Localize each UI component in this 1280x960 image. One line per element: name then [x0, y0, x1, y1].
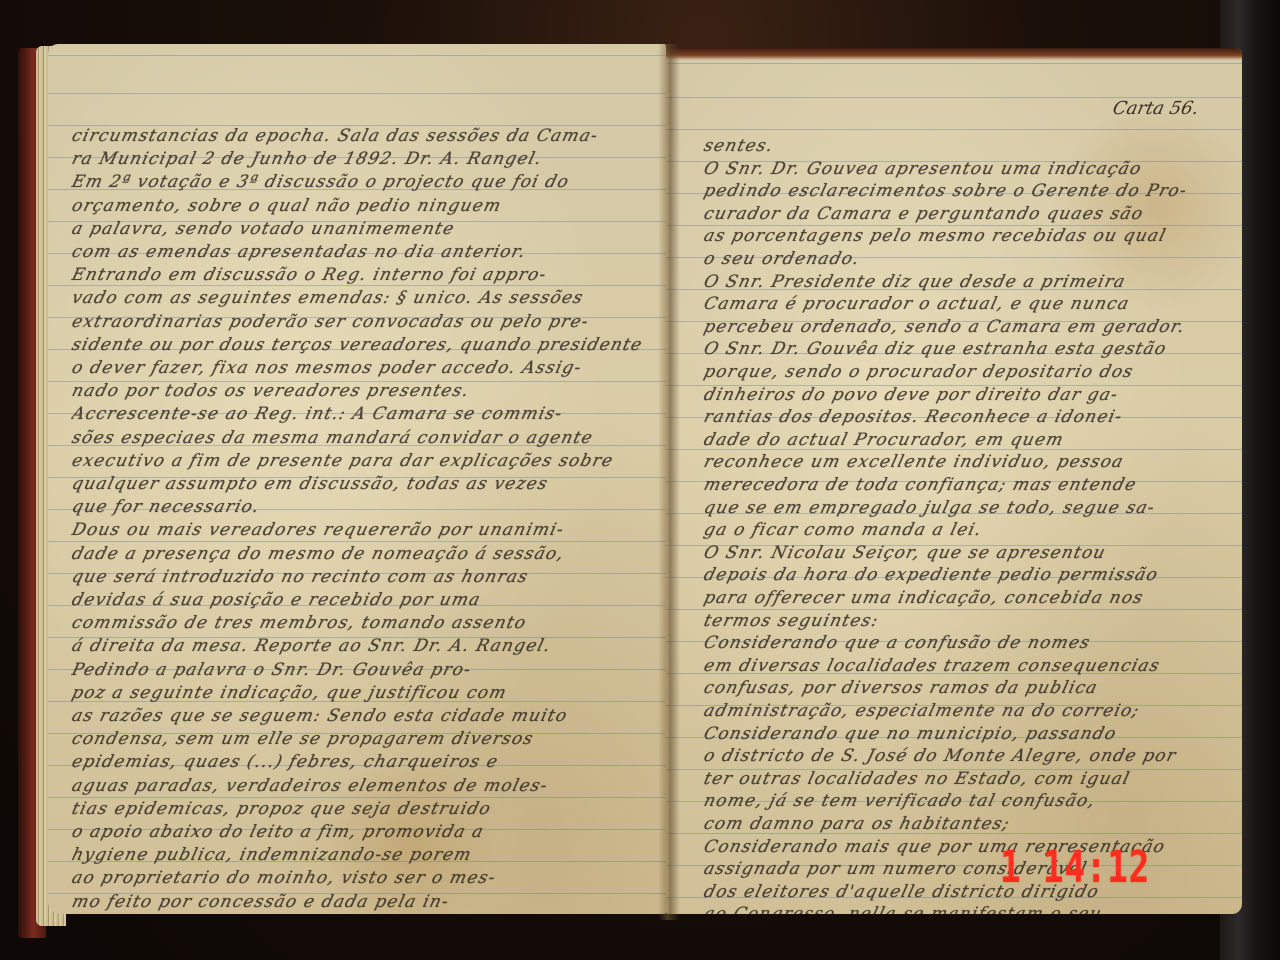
handwritten-line: o dever fazer, fixa nos mesmos poder acc… — [69, 358, 584, 380]
handwritten-line: dade a presença do mesmo de nomeação á s… — [69, 544, 566, 566]
right-page: Carta 56. sentes.O Snr. Dr. Gouvea apres… — [666, 48, 1242, 914]
handwritten-line: curador da Camara e perguntando quaes sã… — [701, 204, 1146, 226]
handwritten-line: rantias dos depositos. Reconhece a idone… — [701, 407, 1125, 429]
handwritten-line: vado com as seguintes emendas: § unico. … — [69, 288, 586, 310]
handwritten-line: ra Municipal 2 de Junho de 1892. Dr. A. … — [69, 149, 544, 171]
handwritten-line: Em 2ª votação e 3ª discussão o projecto … — [69, 172, 571, 194]
handwritten-line: tias epidemicas, propoz que seja destrui… — [69, 799, 493, 821]
handwritten-line: sões especiaes da mesma mandará convidar… — [69, 428, 595, 450]
handwritten-line: commissão de tres membros, tomando assen… — [69, 613, 529, 635]
handwritten-line: ter outras localidades no Estado, com ig… — [701, 769, 1132, 791]
handwritten-line: O Snr. Dr. Gouvêa diz que estranha esta … — [701, 339, 1169, 361]
handwritten-line: depois da hora do expediente pedio permi… — [701, 565, 1160, 587]
handwritten-line: extraordinarias poderão ser convocadas o… — [69, 312, 591, 334]
handwritten-line: executivo a fim de presente para dar exp… — [69, 451, 615, 473]
handwritten-line: o districto de S. José do Monte Alegre, … — [701, 746, 1178, 768]
handwritten-line: mo feito por concessão e dada pela in- — [69, 892, 451, 914]
handwritten-line: que for necessario. — [69, 497, 262, 519]
handwritten-line: á direita da mesa. Reporte ao Snr. Dr. A… — [69, 636, 553, 658]
handwritten-line: O Snr. Dr. Gouvea apresentou uma indicaç… — [701, 159, 1144, 181]
handwritten-line: sidente ou por dous terços vereadores, q… — [69, 335, 645, 357]
handwritten-line: condensa, sem um elle se propagarem dive… — [69, 729, 536, 751]
handwritten-line: reconhece um excellente individuo, pesso… — [701, 452, 1126, 474]
left-page: circumstancias da epocha. Sala das sessõ… — [48, 44, 666, 914]
book-gutter — [658, 44, 680, 920]
handwritten-line: devidas á sua posição e recebido por uma — [69, 590, 483, 612]
handwritten-line: sentes. — [701, 136, 776, 158]
handwritten-line: em diversas localidades trazem consequen… — [701, 656, 1162, 678]
handwritten-line: circumstancias da epocha. Sala das sessõ… — [69, 126, 600, 148]
handwritten-line: que será introduzido no recinto com as h… — [69, 567, 530, 589]
handwritten-line: ao proprietario do moinho, visto ser o m… — [69, 868, 498, 890]
handwritten-line: epidemias, quaes (...) febres, charqueir… — [69, 752, 500, 774]
handwritten-line: administração, especialmente na do corre… — [701, 701, 1142, 723]
handwritten-line: dinheiros do povo deve por direito dar g… — [701, 385, 1120, 407]
handwritten-line: O Snr. Nicolau Seiçor, que se apresentou — [701, 543, 1108, 565]
handwritten-line: o apoio abaixo do leito a fim, promovida… — [69, 822, 486, 844]
handwritten-line: Camara é procurador o actual, e que nunc… — [701, 294, 1132, 316]
handwritten-line: ao Congresso, nella se manifestam o seu — [701, 904, 1104, 914]
handwritten-line: as razões que se seguem: Sendo esta cida… — [69, 706, 570, 728]
handwritten-line: aguas paradas, verdadeiros elementos de … — [69, 776, 550, 798]
handwritten-line: nado por todos os vereadores presentes. — [69, 381, 471, 403]
handwritten-line: o seu ordenado. — [701, 249, 862, 271]
handwritten-line: merecedora de toda confiança; mas entend… — [701, 475, 1139, 497]
handwritten-line: ga o ficar como manda a lei. — [701, 520, 984, 542]
handwritten-line: O Snr. Presidente diz que desde a primei… — [701, 272, 1128, 294]
handwritten-line: porque, sendo o procurador depositario d… — [701, 362, 1136, 384]
handwritten-line: Considerando que no municipio, passando — [701, 724, 1119, 746]
handwritten-line: para offerecer uma indicação, concebida … — [701, 588, 1146, 610]
handwritten-line: com as emendas apresentadas no dia anter… — [69, 242, 528, 264]
handwritten-line: hygiene publica, indemnizando-se porem — [69, 845, 474, 867]
handwritten-line: Accrescente-se ao Reg. int.: A Camara se… — [69, 404, 565, 426]
handwritten-line: dade do actual Procurador, em quem — [701, 430, 1066, 452]
handwritten-line: as porcentagens pelo mesmo recebidas ou … — [701, 226, 1168, 248]
handwritten-line: Considerando que a confusão de nomes — [701, 633, 1092, 655]
handwritten-line: percebeu ordenado, sendo a Camara em ger… — [701, 317, 1187, 339]
handwritten-line: Pedindo a palavra o Snr. Dr. Gouvêa pro- — [69, 660, 473, 682]
handwritten-line: a palavra, sendo votado unanimemente — [69, 219, 457, 241]
open-ledger-book: circumstancias da epocha. Sala das sessõ… — [18, 38, 1246, 940]
handwritten-line: confusas, por diversos ramos da publica — [701, 678, 1100, 700]
handwritten-line: pedindo esclarecimentos sobre o Gerente … — [701, 181, 1189, 203]
handwritten-line: qualquer assumpto em discussão, todas as… — [69, 474, 550, 496]
handwritten-line: poz a seguinte indicação, que justificou… — [69, 683, 509, 705]
page-number: Carta 56. — [1110, 98, 1200, 119]
handwritten-line: Dous ou mais vereadores requererão por u… — [69, 520, 566, 542]
handwritten-line: com damno para os habitantes; — [701, 814, 1012, 836]
handwritten-line: que se em empregado julga se todo, segue… — [701, 498, 1157, 520]
handwritten-line: termos seguintes: — [701, 611, 881, 633]
handwritten-line: nome, já se tem verificado tal confusão, — [701, 791, 1097, 813]
camera-timestamp: 1 14:12 — [1000, 842, 1150, 893]
handwritten-line: orçamento, sobre o qual não pedio ningue… — [69, 196, 504, 218]
handwritten-line: Entrando em discussão o Reg. interno foi… — [69, 265, 549, 287]
